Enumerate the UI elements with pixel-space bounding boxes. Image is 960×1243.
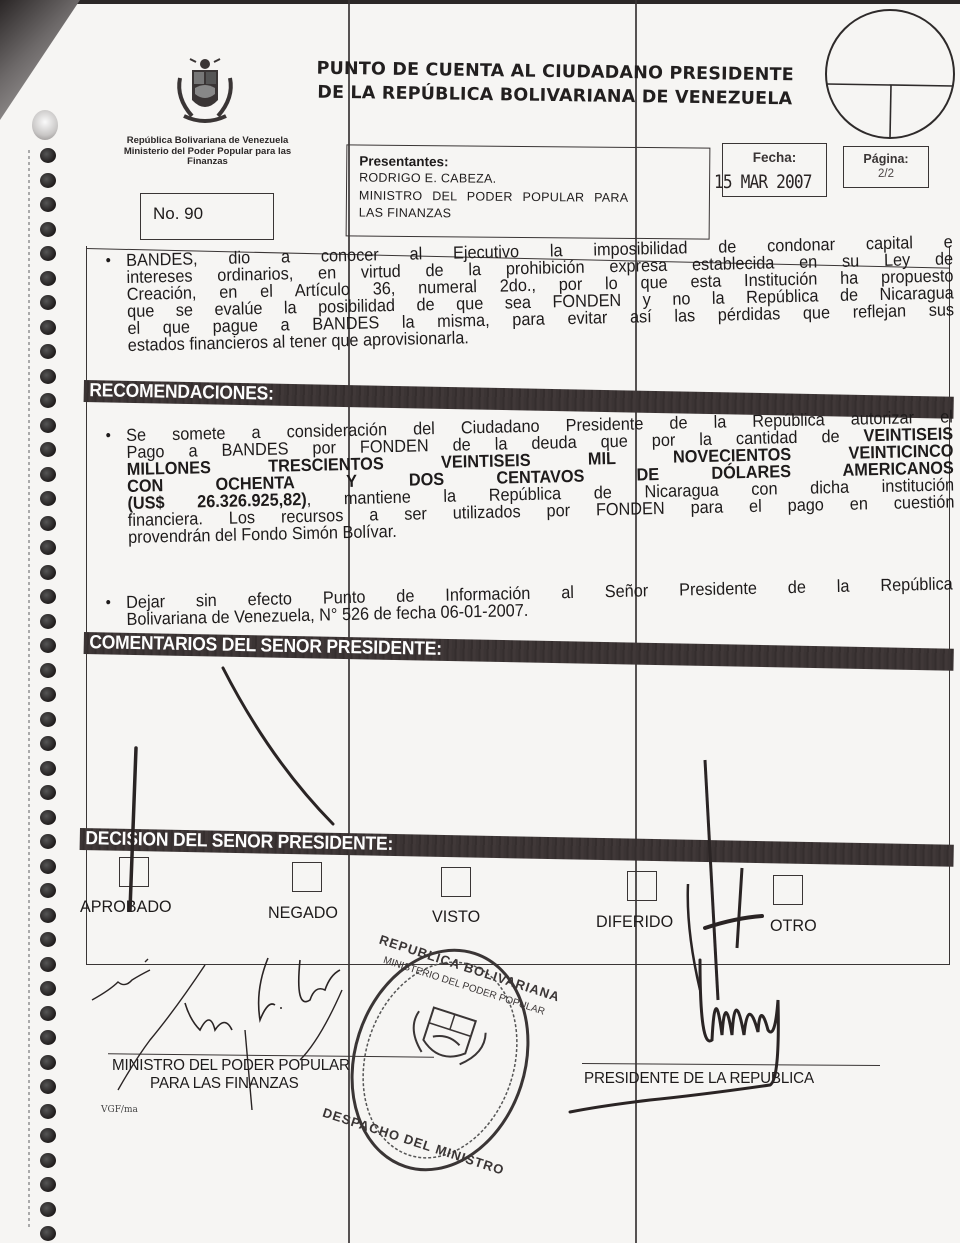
binding-hole: [40, 589, 56, 604]
coat-of-arms-icon: [170, 58, 240, 126]
pagina-box: Página: 2/2: [843, 146, 929, 188]
binding-hole: [40, 785, 56, 800]
checkbox-aprobado[interactable]: [119, 857, 149, 887]
binding-hole: [40, 883, 56, 898]
president-title: PRESIDENTE DE LA REPUBLICA: [584, 1070, 814, 1088]
binding-hole: [40, 932, 56, 947]
presentantes-label: Presentantes:: [359, 154, 448, 170]
binding-hole: [40, 491, 56, 506]
heading-text: RECOMENDACIONES:: [84, 380, 274, 406]
binding-hole: [40, 540, 56, 555]
binding-hole: [40, 173, 56, 188]
ministry-line: Finanzas: [100, 157, 315, 168]
binding-hole: [40, 1202, 56, 1217]
binding-hole: [40, 222, 56, 237]
binding-hole: [40, 148, 56, 163]
checkbox-diferido[interactable]: [627, 871, 657, 901]
presentantes-role: LAS FINANZAS: [359, 206, 452, 221]
bullet-icon: •: [106, 252, 112, 269]
binding-hole: [40, 663, 56, 678]
typist-initials: VGF/ma: [101, 1105, 138, 1115]
ministry-line: República Bolivariana de Venezuela: [100, 136, 315, 147]
binding-hole: [40, 1128, 56, 1143]
binding-hole: [40, 467, 56, 482]
pagina-value: 2/2: [844, 168, 928, 180]
binding-hole: [40, 1006, 56, 1021]
page-perforation: [28, 150, 30, 1230]
scan-top-edge: [0, 0, 960, 4]
checkbox-visto[interactable]: [441, 867, 471, 897]
binding-hole: [40, 442, 56, 457]
binding-hole: [40, 320, 56, 335]
document-number: No. 90: [153, 204, 203, 224]
binding-hole: [40, 1079, 56, 1094]
document-title: PUNTO DE CUENTA AL CIUDADANO PRESIDENTE …: [285, 56, 826, 112]
recommendation-1: • Se somete a consideración del Ciudadan…: [126, 408, 955, 546]
binding-hole: [40, 736, 56, 751]
document-number-box: No. 90: [140, 193, 274, 240]
binding-hole: [40, 957, 56, 972]
binding-hole: [40, 614, 56, 629]
spiral-binding: [30, 110, 60, 1230]
label-negado: NEGADO: [268, 903, 338, 923]
binding-hole: [40, 1055, 56, 1070]
binding-hole: [40, 516, 56, 531]
minister-title: PARA LAS FINANZAS: [150, 1075, 299, 1093]
bullet-icon: •: [106, 594, 112, 611]
binding-hole: [40, 295, 56, 310]
binding-hole: [40, 1226, 56, 1241]
binding-hole: [40, 981, 56, 996]
binding-hole: [40, 1104, 56, 1119]
fecha-label: Fecha:: [723, 150, 826, 165]
binding-hole: [40, 197, 56, 212]
binding-hole: [40, 712, 56, 727]
label-diferido: DIFERIDO: [596, 912, 673, 932]
binding-hole: [40, 638, 56, 653]
bullet-icon: •: [106, 427, 112, 444]
binding-hole: [32, 110, 58, 140]
binding-hole: [40, 565, 56, 580]
binding-hole: [40, 1153, 56, 1168]
binding-hole: [40, 246, 56, 261]
binding-hole: [40, 1177, 56, 1192]
binding-hole: [40, 859, 56, 874]
binding-hole: [40, 369, 56, 384]
intro-paragraph: • BANDES, dio a conocer al Ejecutivo la …: [126, 233, 955, 354]
torn-corner: [0, 0, 80, 120]
president-signature-line: [582, 1063, 880, 1066]
binding-hole: [40, 418, 56, 433]
circle-form-stamp: [822, 6, 958, 142]
binding-hole: [40, 761, 56, 776]
label-otro: OTRO: [770, 916, 817, 936]
presentantes-box: Presentantes: RODRIGO E. CABEZA. MINISTR…: [346, 144, 711, 239]
label-aprobado: APROBADO: [80, 897, 172, 917]
binding-hole: [40, 393, 56, 408]
pagina-label: Página:: [844, 152, 928, 166]
date-stamp: 15 MAR 2007: [714, 171, 812, 193]
binding-hole: [40, 687, 56, 702]
binding-hole: [40, 1030, 56, 1045]
checkbox-otro[interactable]: [773, 875, 803, 905]
label-visto: VISTO: [432, 907, 480, 927]
binding-hole: [40, 271, 56, 286]
minister-title: MINISTRO DEL PODER POPULAR: [112, 1057, 350, 1075]
binding-hole: [40, 344, 56, 359]
binding-hole: [40, 810, 56, 825]
ministry-header: República Bolivariana de Venezuela Minis…: [100, 136, 315, 168]
presentantes-role: MINISTRO DEL PODER POPULAR PARA: [359, 189, 629, 205]
checkbox-negado[interactable]: [292, 862, 322, 892]
presentantes-name: RODRIGO E. CABEZA.: [359, 171, 496, 186]
binding-hole: [40, 908, 56, 923]
binding-hole: [40, 834, 56, 849]
